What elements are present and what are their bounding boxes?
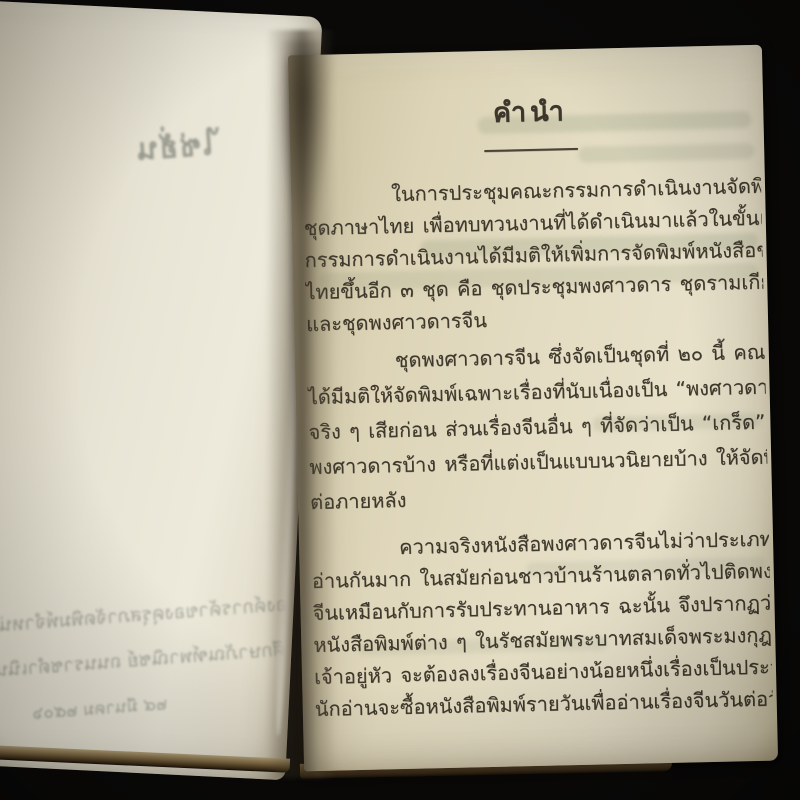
book-gutter-top-shadow [276, 40, 332, 230]
mirrored-show-through-line: ศึกษาภัณฑ์พาณิชย์ ถนนราชดำเนิน [0, 634, 286, 685]
page-content: คำนำ ในการประชุมคณะกรรมการดำเนินงานจัดพิ… [301, 85, 774, 761]
book-photo: ไซ่ฮั่น องค์การค้าของคุรุสภาจัดพิมพ์จำหน… [0, 0, 800, 800]
paragraph-1: ในการประชุมคณะกรรมการดำเนินงานจัดพิมพ์หน… [303, 170, 765, 340]
mirrored-show-through-stamp: ไซ่ฮั่น [66, 121, 219, 179]
paragraph-2: ชุดพงศาวดารจีน ซึ่งจัดเป็นชุดที่ ๒๐ นี้ … [307, 335, 769, 520]
right-page: คำนำ ในการประชุมคณะกรรมการดำเนินงานจัดพิ… [288, 45, 778, 772]
title-divider [484, 148, 578, 152]
left-page: ไซ่ฮั่น องค์การค้าของคุรุสภาจัดพิมพ์จำหน… [0, 0, 322, 780]
mirrored-show-through-line: ๒๔ มีนาคม ๒๕๐๖ [32, 690, 169, 727]
page-title: คำนำ [301, 85, 760, 138]
paragraph-3: ความจริงหนังสือพงศาวดารจีนไม่ว่าประเภทใด… [311, 523, 773, 725]
mirrored-show-through-line: องค์การค้าของคุรุสภาจัดพิมพ์จำหน่าย [0, 589, 288, 642]
